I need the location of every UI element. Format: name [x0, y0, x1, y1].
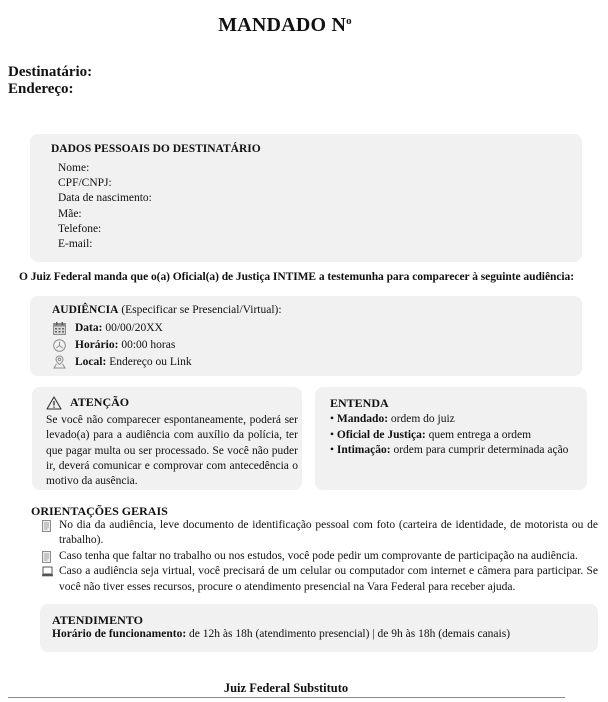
clock-icon: [52, 338, 66, 352]
hearing-date-row: Data: 00/00/20XX: [52, 320, 163, 336]
hearing-date-label: Data:: [75, 322, 102, 334]
address-label: Endereço:: [8, 81, 92, 98]
service-hours: Horário de funcionamento: de 12h às 18h …: [52, 628, 510, 640]
signature-divider: [8, 697, 565, 698]
hearing-heading-note: (Especificar se Presencial/Virtual):: [118, 304, 281, 316]
service-hours-value: de 12h às 18h (atendimento presencial) |…: [186, 628, 510, 640]
personal-data-heading: DADOS PESSOAIS DO DESTINATÁRIO: [51, 143, 261, 155]
hearing-location-row: Local: Endereço ou Link: [52, 354, 192, 370]
signature-role: Juiz Federal Substituto: [0, 681, 572, 696]
hearing-time-row: Horário: 00:00 horas: [52, 337, 175, 353]
document-icon: [42, 551, 53, 563]
hearing-date-value: 00/00/20XX: [102, 322, 162, 334]
service-box: ATENDIMENTO Horário de funcionamento: de…: [40, 604, 598, 652]
hearing-location-value: Endereço ou Link: [106, 356, 191, 368]
hearing-box: AUDIÊNCIA (Especificar se Presencial/Vir…: [30, 296, 582, 376]
personal-data-fields: Nome: CPF/CNPJ: Data de nascimento: Mãe:…: [58, 161, 152, 252]
guideline-item: No dia da audiência, leve documento de i…: [42, 518, 598, 549]
document-title: MANDADO No: [0, 14, 570, 37]
glossary-definition: ordem para cumprir determinada ação: [391, 444, 569, 456]
field-email-label: E-mail:: [58, 237, 152, 252]
glossary-box: ENTENDA • Mandado: ordem do juiz • Ofici…: [315, 387, 587, 490]
field-birthdate-label: Data de nascimento:: [58, 191, 152, 206]
glossary-term: Mandado:: [337, 413, 388, 425]
guideline-item: Caso tenha que faltar no trabalho ou nos…: [42, 549, 598, 564]
field-phone-label: Telefone:: [58, 222, 152, 237]
hearing-time: Horário: 00:00 horas: [75, 339, 175, 351]
guidelines-heading: ORIENTAÇÕES GERAIS: [31, 504, 168, 519]
glossary-term: Intimação:: [337, 444, 391, 456]
hearing-location: Local: Endereço ou Link: [75, 356, 192, 368]
glossary-item: • Mandado: ordem do juiz: [330, 412, 568, 428]
hearing-heading: AUDIÊNCIA (Especificar se Presencial/Vir…: [52, 304, 282, 316]
personal-data-box: DADOS PESSOAIS DO DESTINATÁRIO Nome: CPF…: [30, 134, 582, 262]
glossary-definition: quem entrega a ordem: [426, 429, 531, 441]
recipient-label: Destinatário:: [8, 64, 92, 81]
guideline-text: Caso a audiência seja virtual, você prec…: [59, 564, 598, 595]
glossary-item: • Intimação: ordem para cumprir determin…: [330, 443, 568, 459]
guideline-item: Caso a audiência seja virtual, você prec…: [42, 564, 598, 595]
warning-triangle-icon: [46, 396, 62, 410]
attention-heading: ATENÇÃO: [46, 395, 129, 410]
field-mother-label: Mãe:: [58, 207, 152, 222]
guideline-text: Caso tenha que faltar no trabalho ou nos…: [59, 549, 598, 564]
guideline-text: No dia da audiência, leve documento de i…: [59, 518, 598, 549]
field-name-label: Nome:: [58, 161, 152, 176]
hearing-time-label: Horário:: [75, 339, 118, 351]
attention-heading-text: ATENÇÃO: [70, 395, 129, 410]
attention-box: ATENÇÃO Se você não comparecer espontane…: [32, 387, 302, 490]
glossary-heading: ENTENDA: [330, 396, 389, 411]
glossary-term: Oficial de Justiça:: [337, 429, 426, 441]
intro-text: O Juiz Federal manda que o(a) Oficial(a)…: [19, 271, 574, 283]
service-heading: ATENDIMENTO: [52, 613, 143, 628]
laptop-icon: [42, 566, 53, 578]
title-superscript: o: [346, 15, 352, 27]
hearing-heading-title: AUDIÊNCIA: [52, 304, 118, 316]
glossary-list: • Mandado: ordem do juiz • Oficial de Ju…: [330, 412, 568, 459]
location-pin-icon: [52, 355, 66, 369]
title-text: MANDADO N: [218, 14, 346, 36]
recipient-block: Destinatário: Endereço:: [8, 64, 92, 98]
hearing-time-value: 00:00 horas: [118, 339, 175, 351]
service-hours-label: Horário de funcionamento:: [52, 628, 186, 640]
glossary-definition: ordem do juiz: [388, 413, 455, 425]
hearing-location-label: Local:: [75, 356, 106, 368]
glossary-item: • Oficial de Justiça: quem entrega a ord…: [330, 428, 568, 444]
field-cpf-label: CPF/CNPJ:: [58, 176, 152, 191]
guidelines-list: No dia da audiência, leve documento de i…: [42, 518, 598, 595]
attention-text: Se você não comparecer espontaneamente, …: [46, 413, 298, 489]
hearing-date: Data: 00/00/20XX: [75, 322, 163, 334]
calendar-icon: [52, 321, 66, 335]
document-icon: [42, 520, 53, 532]
